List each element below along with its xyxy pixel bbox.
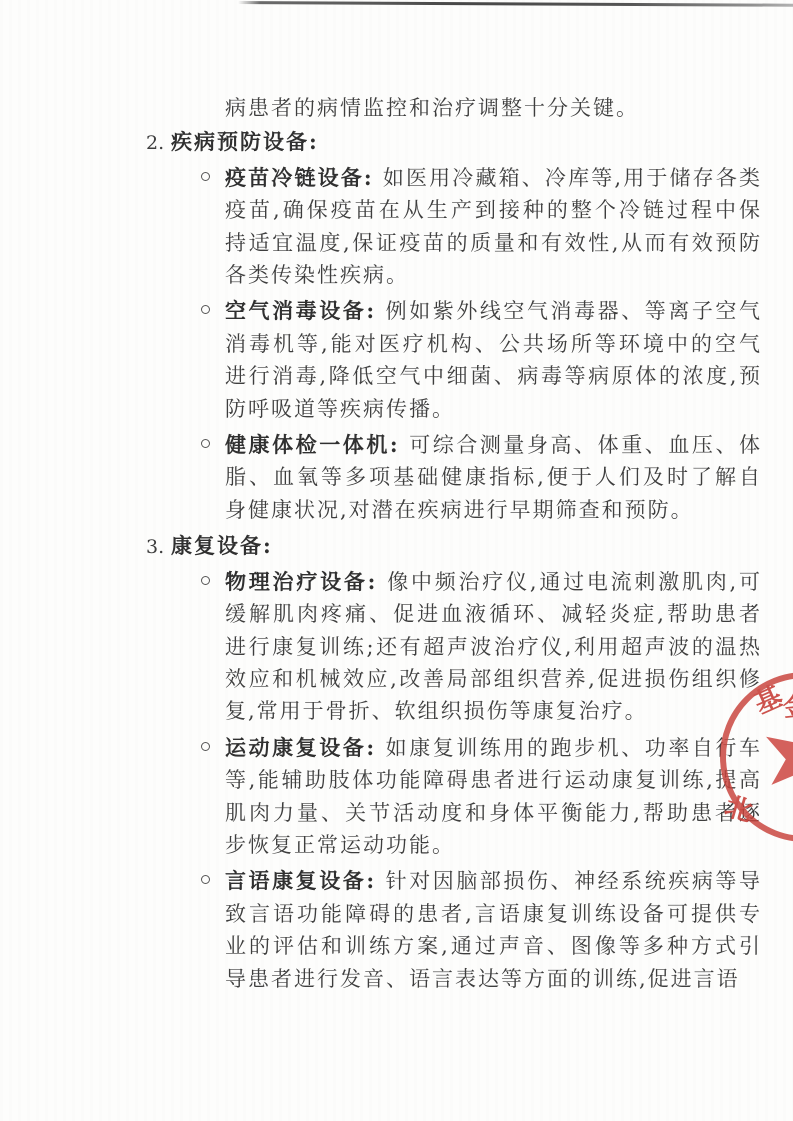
paragraph-continuation: 病患者的病情监控和治疗调整十分关键。 (225, 92, 762, 124)
list-number: 3. (146, 531, 171, 563)
list-item: 言语康复设备:针对因脑部损伤、神经系统疾病等导致言语功能障碍的患者,言语康复训练… (225, 865, 762, 995)
list-item: 物理治疗设备:像中频治疗仪,通过电流刺激肌肉,可缓解肌肉疼痛、促进血液循环、减轻… (225, 566, 762, 728)
circle-bullet-icon (201, 172, 210, 181)
section-title: 疾病预防设备: (171, 129, 319, 154)
scan-paper-edge-line (238, 1, 793, 7)
circle-bullet-icon (201, 439, 210, 448)
circle-bullet-icon (201, 305, 210, 314)
section-heading: 2.疾病预防设备: (146, 126, 793, 159)
list-item: 疫苗冷链设备:如医用冷藏箱、冷库等,用于储存各类疫苗,确保疫苗在从生产到接种的整… (225, 162, 762, 292)
scanned-document-page: 病患者的病情监控和治疗调整十分关键。 2.疾病预防设备: 疫苗冷链设备:如医用冷… (0, 0, 793, 1121)
list-section-rehabilitation: 3.康复设备: 物理治疗设备:像中频治疗仪,通过电流刺激肌肉,可缓解肌肉疼痛、促… (0, 530, 793, 995)
list-item: 运动康复设备:如康复训练用的跑步机、功率自行车等,能辅助肢体功能障碍患者进行运动… (225, 732, 762, 862)
section-title: 康复设备: (171, 533, 273, 558)
circle-bullet-icon (201, 576, 210, 585)
section-heading: 3.康复设备: (146, 530, 793, 563)
item-label: 言语康复设备: (225, 868, 376, 893)
circle-bullet-icon (201, 742, 210, 751)
circle-bullet-icon (201, 875, 210, 884)
list-section-disease-prevention: 2.疾病预防设备: 疫苗冷链设备:如医用冷藏箱、冷库等,用于储存各类疫苗,确保疫… (0, 126, 793, 526)
item-label: 运动康复设备: (225, 735, 376, 760)
list-number: 2. (146, 127, 171, 159)
item-label: 疫苗冷链设备: (225, 165, 374, 190)
list-item: 空气消毒设备:例如紫外线空气消毒器、等离子空气消毒机等,能对医疗机构、公共场所等… (225, 295, 762, 425)
red-seal-stamp: 基 金 北 (720, 672, 793, 842)
seal-character: 金 (782, 692, 793, 722)
item-label: 物理治疗设备: (225, 569, 377, 594)
item-label: 空气消毒设备: (225, 298, 376, 323)
item-label: 健康体检一体机: (225, 432, 400, 457)
document-body: 病患者的病情监控和治疗调整十分关键。 2.疾病预防设备: 疫苗冷链设备:如医用冷… (0, 92, 793, 999)
list-item: 健康体检一体机:可综合测量身高、体重、血压、体脂、血氧等多项基础健康指标,便于人… (225, 429, 762, 526)
